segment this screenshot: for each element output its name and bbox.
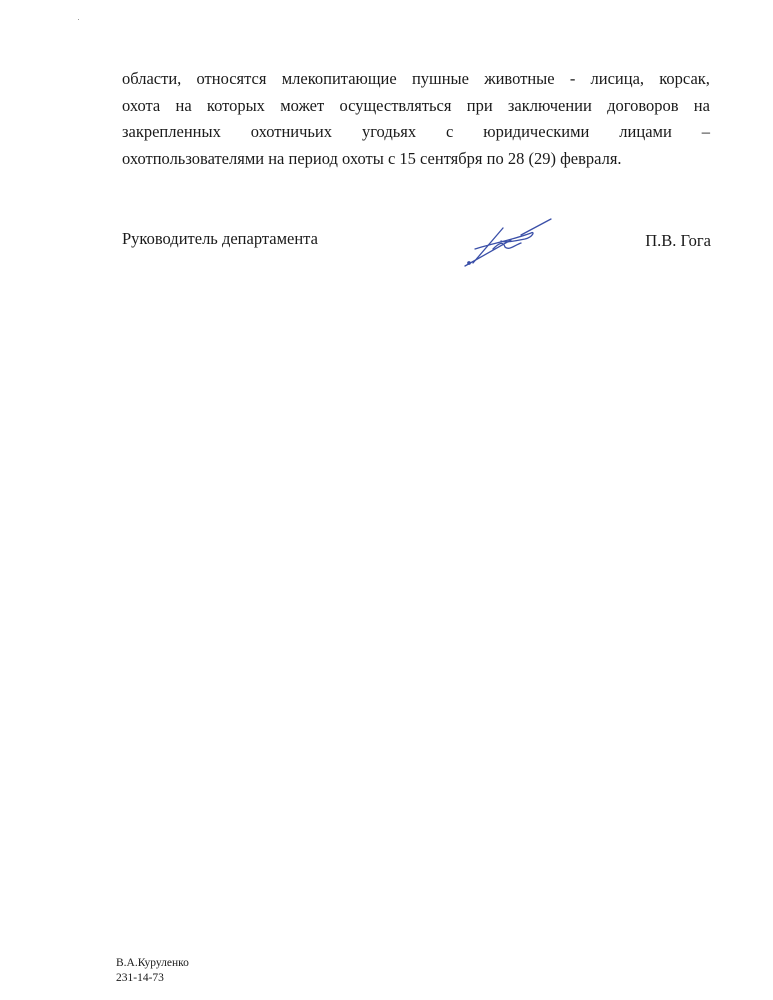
word: корсак, <box>659 66 710 93</box>
paragraph-line-3: закрепленныхохотничьихугодьяхсюридически… <box>122 119 710 146</box>
word: может <box>280 93 324 120</box>
word: охота <box>122 93 160 120</box>
word: – <box>702 119 710 146</box>
word: осуществляться <box>339 93 451 120</box>
word: охотничьих <box>251 119 332 146</box>
word: при <box>467 93 493 120</box>
word: относятся <box>197 66 267 93</box>
signer-name: П.В. Гога <box>645 231 711 251</box>
word: пушные <box>412 66 469 93</box>
signer-position: Руководитель департамента <box>122 229 318 249</box>
word: области, <box>122 66 181 93</box>
word: животные <box>484 66 554 93</box>
word: на <box>175 93 191 120</box>
word: угодьях <box>362 119 416 146</box>
word: лисица, <box>591 66 645 93</box>
executor-name: В.А.Куруленко <box>116 956 189 971</box>
document-page: области,относятсямлекопитающиепушныеживо… <box>0 0 773 1000</box>
word: млекопитающие <box>282 66 397 93</box>
paragraph-line-1: области,относятсямлекопитающиепушныеживо… <box>122 66 710 93</box>
word: лицами <box>619 119 672 146</box>
handwritten-signature-icon <box>455 213 555 273</box>
paragraph-line-4: охотпользователями на период охоты с 15 … <box>122 146 710 173</box>
word: договоров <box>607 93 678 120</box>
executor-info: В.А.Куруленко 231-14-73 <box>116 956 189 986</box>
word: юридическими <box>483 119 589 146</box>
word: - <box>570 66 576 93</box>
executor-phone: 231-14-73 <box>116 971 189 986</box>
paragraph-line-2: охотанакоторыхможетосуществлятьсяпризакл… <box>122 93 710 120</box>
signature-strokes <box>465 219 551 266</box>
body-paragraph: области,относятсямлекопитающиепушныеживо… <box>122 66 710 172</box>
word: на <box>694 93 710 120</box>
word: которых <box>207 93 265 120</box>
word: с <box>446 119 453 146</box>
word: заключении <box>508 93 592 120</box>
scan-artifact <box>78 19 79 20</box>
word: закрепленных <box>122 119 221 146</box>
